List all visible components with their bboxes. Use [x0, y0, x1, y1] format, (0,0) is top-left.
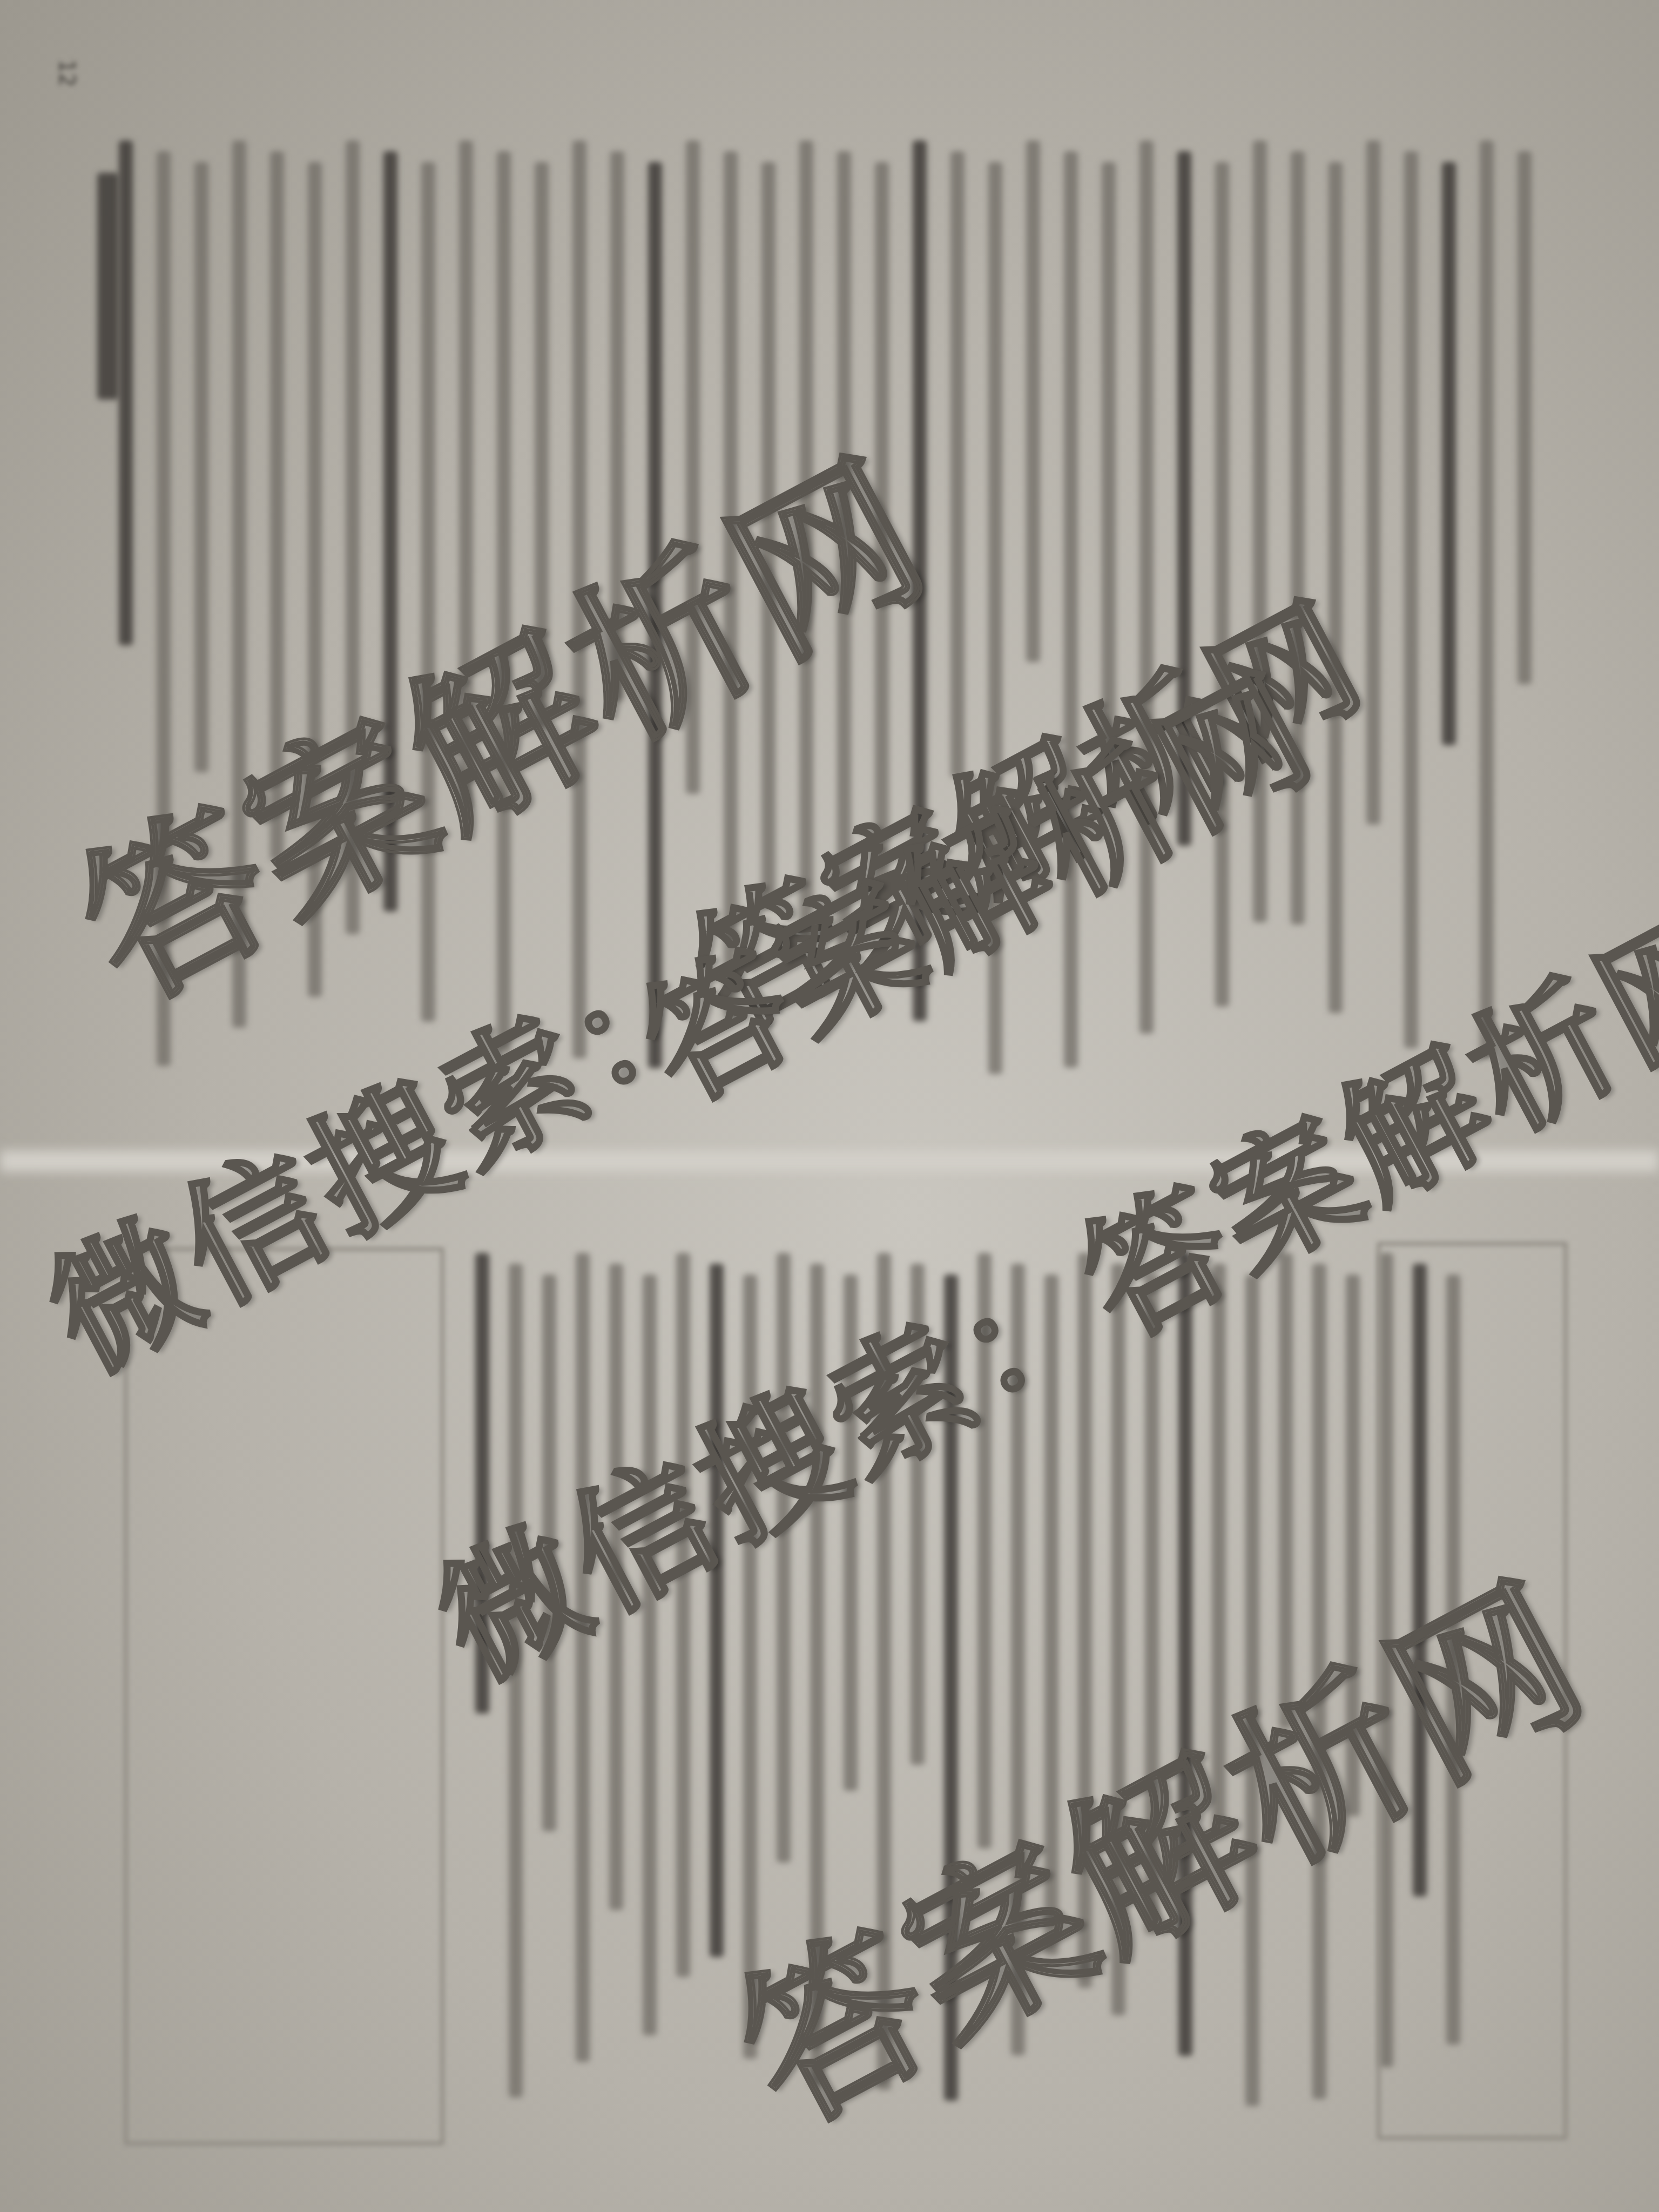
exam-paper-photo: 12 答案解析网 微信搜索：答案解析网 答案解析网 微信搜索：答案解析网 答案解…	[0, 0, 1659, 2212]
text-line	[1328, 162, 1343, 1013]
text-line	[1026, 140, 1040, 662]
page-number: 12	[54, 59, 79, 87]
text-line	[1518, 151, 1532, 684]
text-line	[643, 1274, 657, 2035]
text-line	[194, 162, 208, 772]
text-line	[1404, 151, 1418, 1048]
text-line	[1442, 162, 1456, 745]
text-line	[950, 151, 965, 778]
answer-box-left	[124, 1247, 444, 2145]
text-line	[1480, 140, 1494, 1058]
text-line	[119, 140, 133, 645]
